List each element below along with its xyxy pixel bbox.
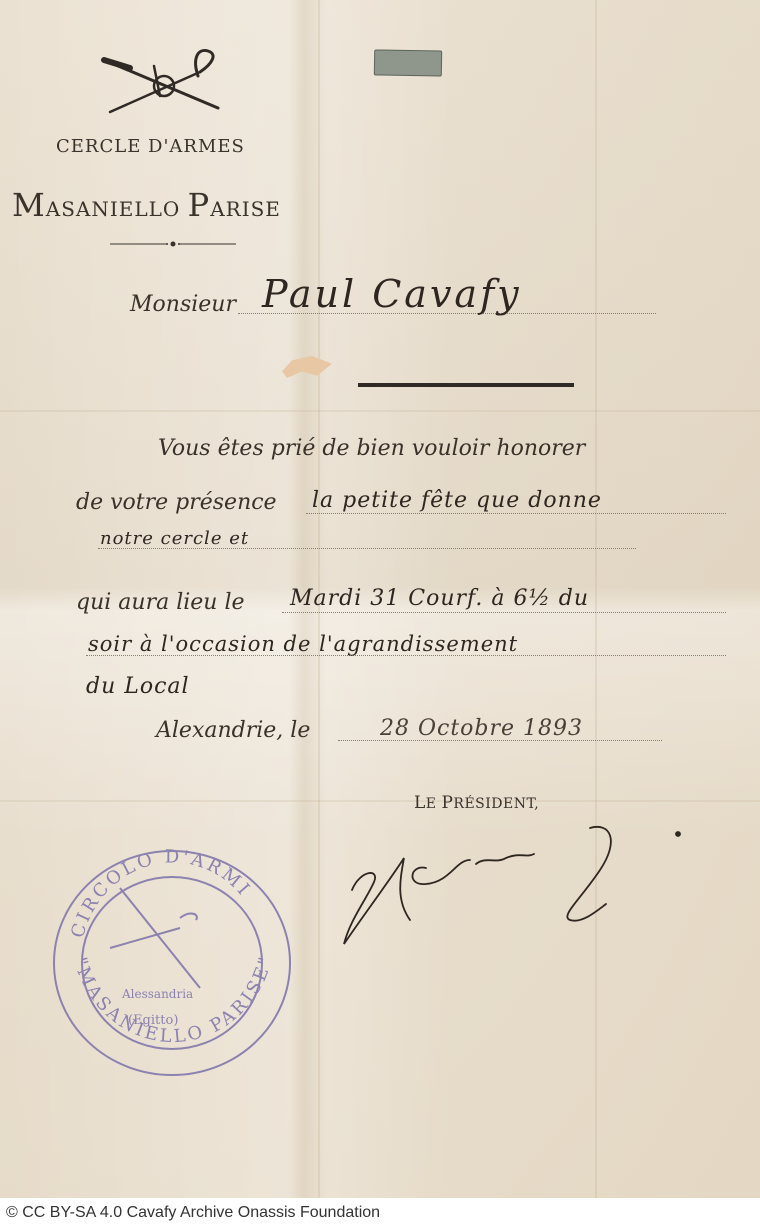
thick-rule [358,383,574,387]
initial-p: P [188,186,211,224]
name-part-1: ASANIELLO [46,197,188,221]
dateline-handwritten: 28 Octobre 1893 [380,716,583,741]
paper-tear [282,356,332,378]
fold-crease [0,410,760,412]
ornament-divider [110,240,236,248]
addressee-handwritten: Paul Cavafy [262,272,522,316]
title-rest: RÉSIDENT, [453,796,539,812]
body-line-6-handwritten: du Local [86,674,190,699]
dotted-fill-line [282,612,726,613]
club-stamp: CIRCOLO D'ARMI "MASANIELLO PARISE" Aless… [50,848,295,1078]
club-header-name: MASANIELLO PARISE [12,186,281,224]
body-line-4-printed: qui aura lieu le [76,590,245,615]
body-line-2-printed: de votre présence [76,490,277,515]
salutation-label: Monsieur [130,292,236,317]
fold-crease [0,800,760,802]
document-scan: CERCLE D'ARMES MASANIELLO PARISE Monsieu… [0,0,760,1198]
dotted-fill-line [306,513,726,514]
stamp-text-city: Alessandria [121,987,193,1001]
body-line-1: Vous êtes prié de bien vouloir honorer [158,436,585,461]
stamp-text-country: (Egitto) [128,1013,178,1028]
initial-m: M [12,186,46,224]
credit-footer: © CC BY-SA 4.0 Cavafy Archive Onassis Fo… [6,1204,380,1222]
dateline-printed: Alexandrie, le [156,718,310,743]
name-part-2: ARISE [210,197,281,221]
body-line-4-handwritten: Mardi 31 Courf. à 6½ du [290,586,589,611]
title-cap: L [414,793,426,813]
title-rest: E [426,796,442,812]
body-line-5-handwritten: soir à l'occasion de l'agrandissement [88,632,518,656]
crossed-swords-icon [100,48,235,116]
president-signature [330,820,690,950]
body-line-2-handwritten: la petite fête que donne [312,488,602,513]
body-line-3-handwritten: notre cercle et [100,528,249,549]
metal-fastener [374,49,442,76]
title-cap: P [441,793,453,813]
president-title: LE PRÉSIDENT, [414,793,539,813]
fold-crease [595,0,597,1198]
club-header-line1: CERCLE D'ARMES [56,136,245,157]
